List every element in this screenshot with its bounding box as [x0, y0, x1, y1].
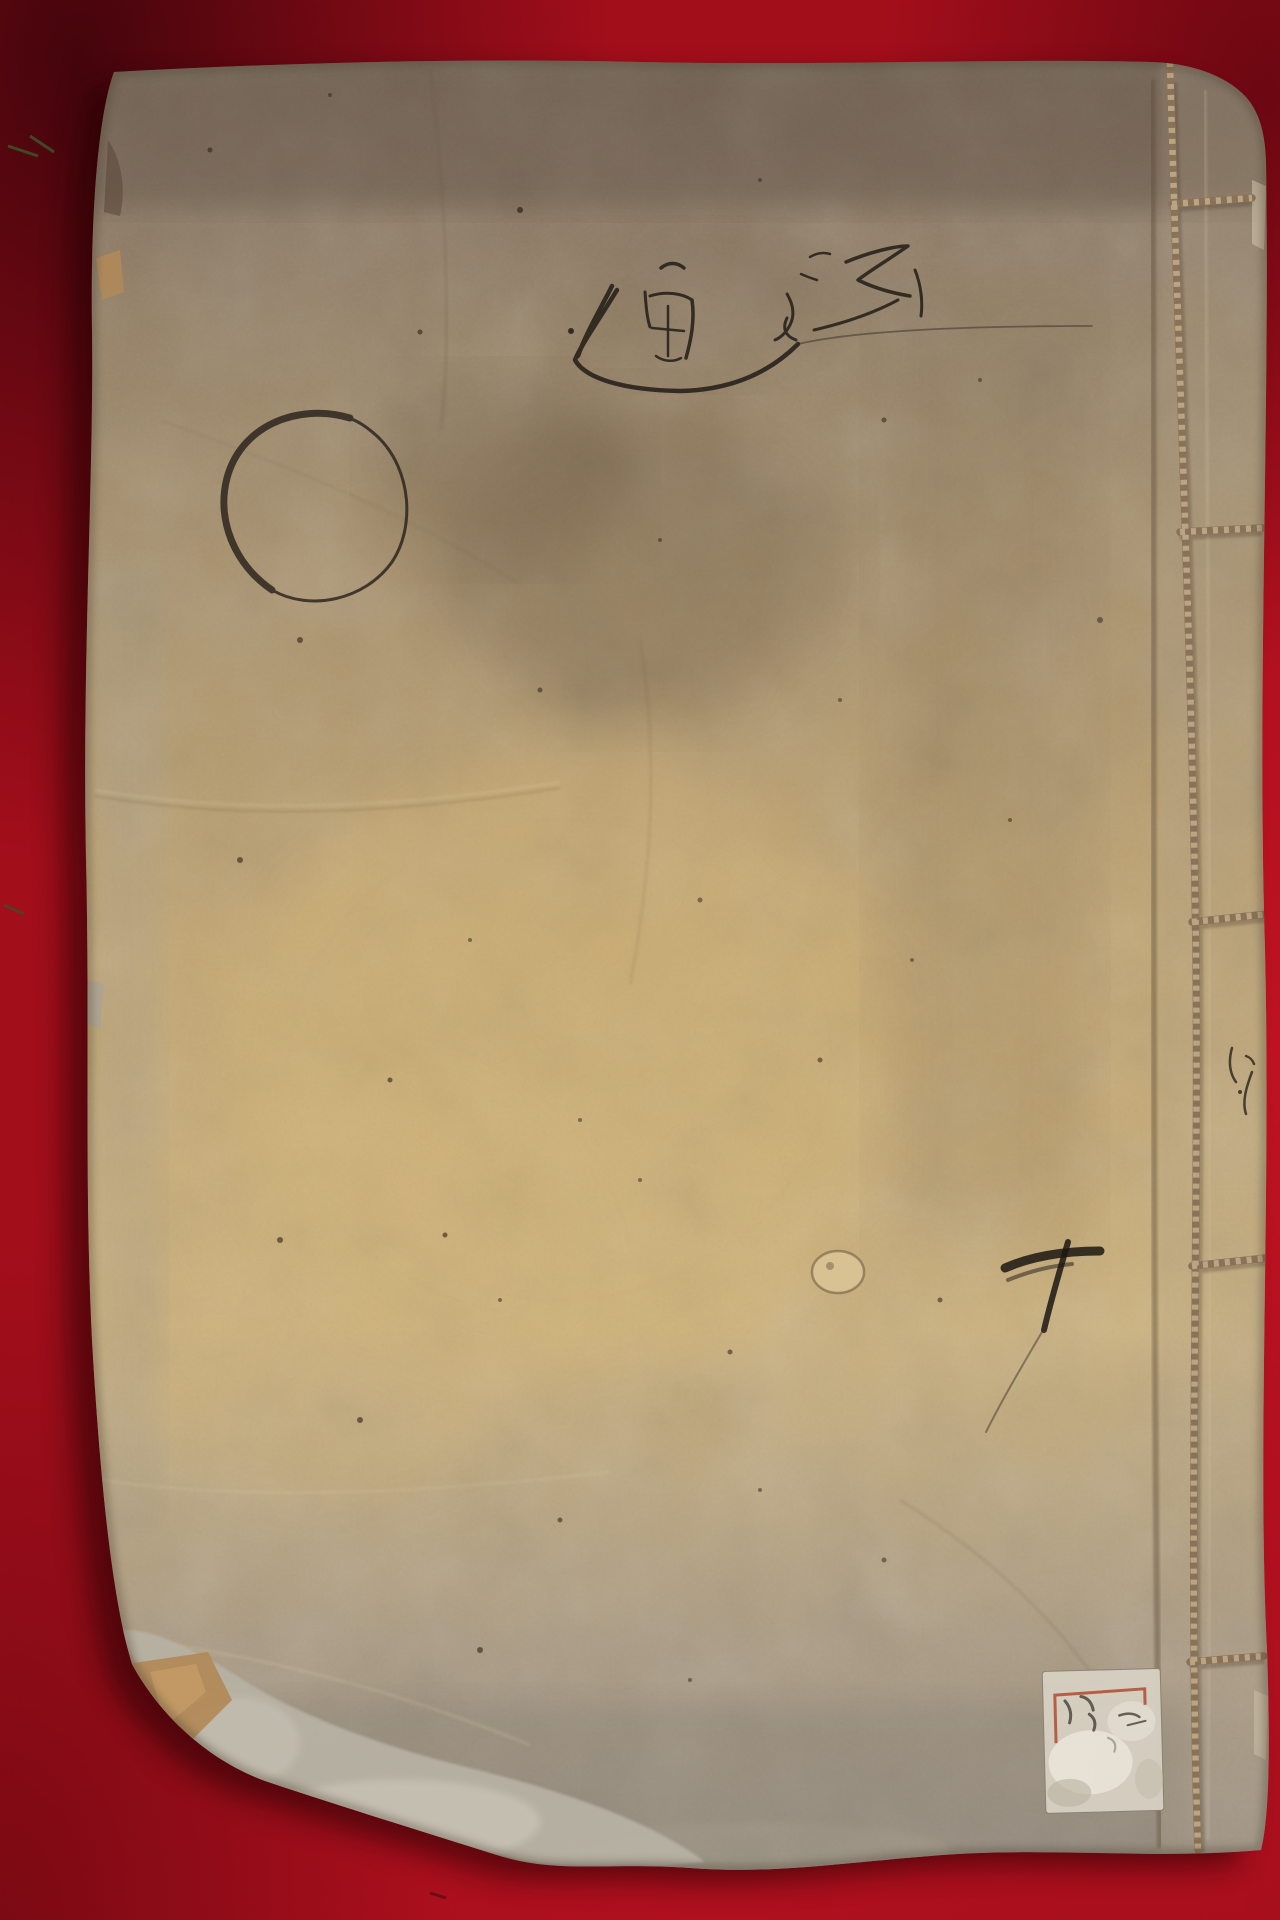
book-cover	[0, 0, 1280, 1920]
peeled-patch	[812, 1251, 864, 1293]
paper-label	[1042, 1668, 1164, 1813]
photo-stage	[0, 0, 1280, 1920]
paper-grain	[0, 0, 1280, 1920]
book-photograph	[0, 0, 1280, 1920]
title-dot	[568, 328, 574, 334]
